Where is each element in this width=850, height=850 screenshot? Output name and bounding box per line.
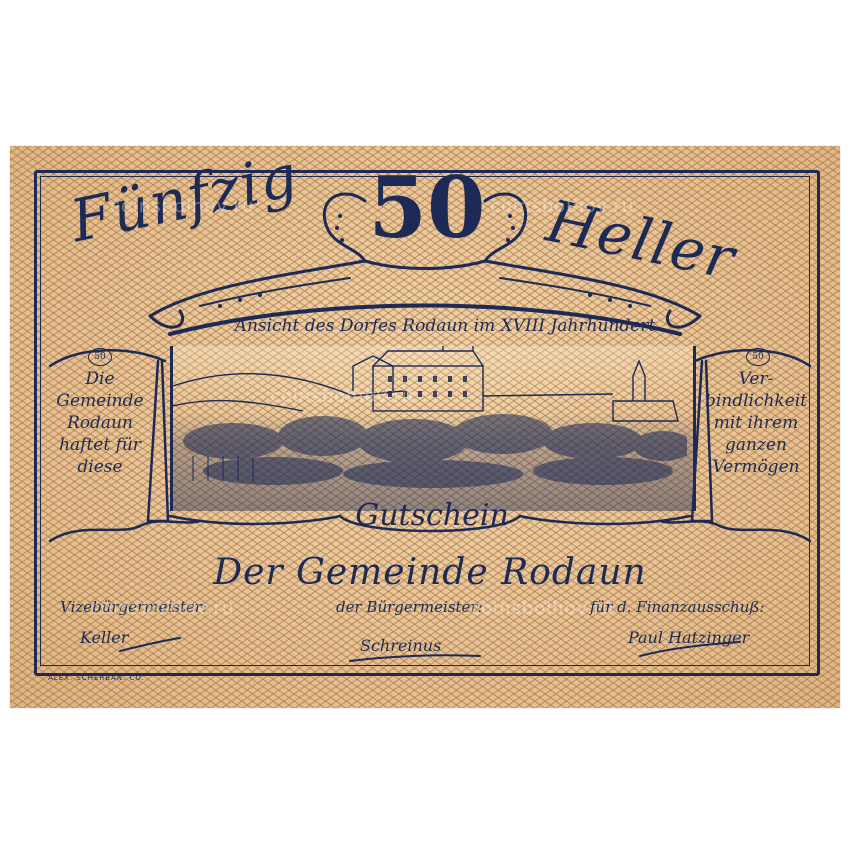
banknote: 50 Fünfzig Heller Ansicht des Dorfes Rod… bbox=[10, 146, 840, 708]
issuer-name: Der Gemeinde Rodaun bbox=[170, 552, 690, 593]
signature-title-vice-mayor: Vizebürgermeister: bbox=[60, 598, 207, 616]
signature-title-finance: für d. Finanzausschuß: bbox=[590, 598, 764, 616]
printer-imprint: ALEX. SCHERBAN. CO. bbox=[48, 674, 145, 682]
denomination-numeral: 50 bbox=[366, 166, 488, 250]
signature-flourishes bbox=[10, 616, 840, 676]
type-label-gutschein: Gutschein bbox=[322, 498, 542, 533]
signature-title-mayor: der Bürgermeister: bbox=[336, 598, 483, 616]
vignette-caption: Ansicht des Dorfes Rodaun im XVIII Jahrh… bbox=[175, 316, 715, 336]
